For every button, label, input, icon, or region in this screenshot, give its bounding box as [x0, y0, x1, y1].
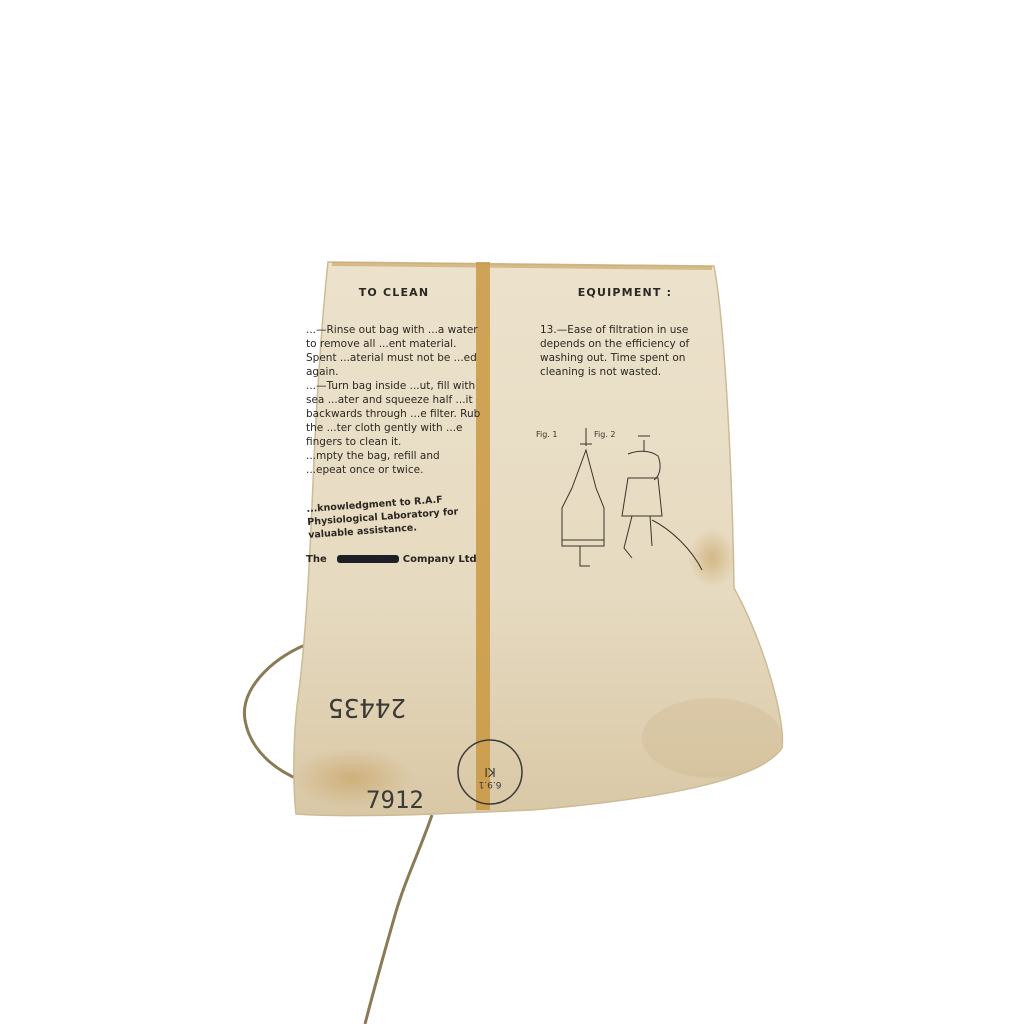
redacted-name	[337, 555, 399, 563]
cleaning-instructions: TO CLEAN ...—Rinse out bag with ...a wat…	[306, 286, 482, 565]
instruction-turn-bag: ...—Turn bag inside ...ut, fill with sea…	[306, 379, 482, 449]
svg-text:KI: KI	[484, 765, 495, 779]
company-suffix: Company Ltd	[403, 554, 477, 565]
instruction-empty-bag: ...mpty the bag, refill and ...epeat onc…	[306, 449, 482, 477]
company-line: TheCompany Ltd	[306, 554, 482, 565]
photo-scene: TO CLEAN ...—Rinse out bag with ...a wat…	[0, 0, 1024, 1024]
bag-hanging-illustration-icon	[532, 428, 722, 578]
fig-1-label: Fig. 1	[536, 430, 558, 439]
acknowledgment-text: ...knowledgment to R.A.F Physiological L…	[306, 491, 484, 542]
heading-equipment: EQUIPMENT :	[540, 286, 710, 299]
filter-bag: TO CLEAN ...—Rinse out bag with ...a wat…	[292, 258, 784, 818]
inverted-number: 24435	[328, 692, 406, 722]
company-prefix: The	[306, 554, 327, 565]
bottom-number: 7912	[366, 786, 424, 814]
equipment-note-13: 13.—Ease of filtration in use depends on…	[540, 323, 710, 379]
circular-stamp-icon: KI 6.9.1	[454, 736, 526, 808]
fig-2-label: Fig. 2	[594, 430, 616, 439]
figures: Fig. 1 Fig. 2	[532, 428, 722, 578]
equipment-notes: EQUIPMENT : 13.—Ease of filtration in us…	[540, 286, 710, 379]
svg-text:6.9.1: 6.9.1	[479, 779, 502, 789]
heading-to-clean: TO CLEAN	[306, 286, 482, 299]
instruction-rinse: ...—Rinse out bag with ...a water to rem…	[306, 323, 482, 379]
